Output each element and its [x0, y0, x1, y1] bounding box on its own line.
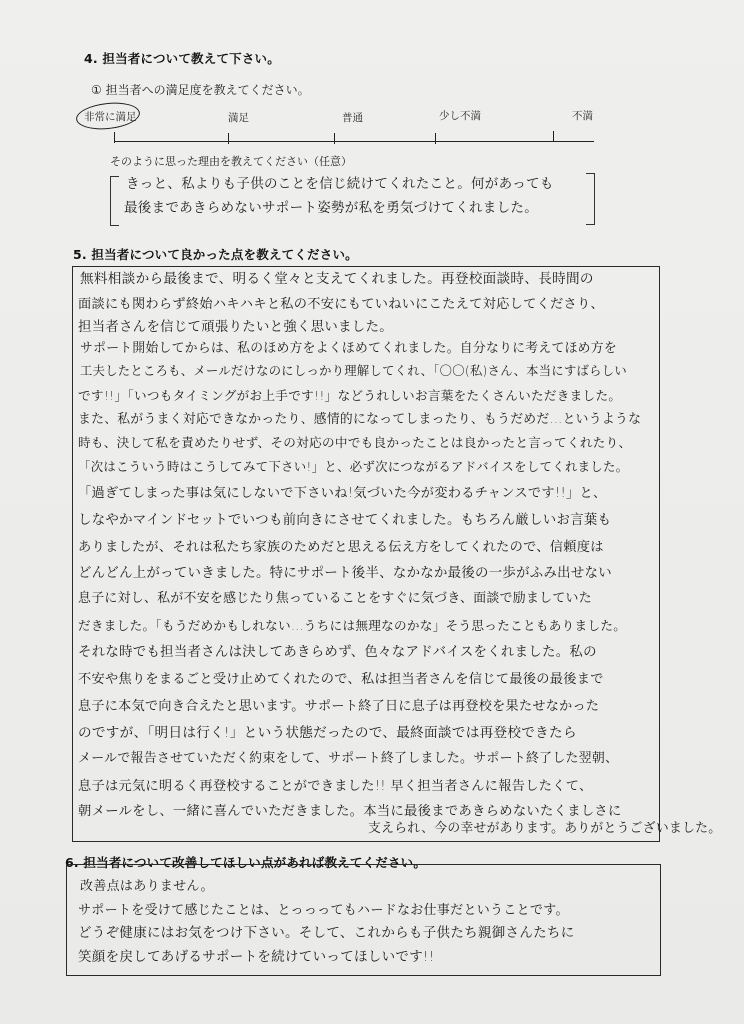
handwritten-line: サポートを受けて感じたことは、とっっってもハードなお仕事だということです。	[78, 904, 569, 917]
handwritten-line: 息子に対し、私が不安を感じたり焦っていることをすぐに気づき、面談で励ましていた	[78, 593, 592, 606]
handwritten-line: どうぞ健康にはお気をつけ下さい。そして、これからも子供たち親御さんたちに	[78, 927, 575, 941]
survey-page: 4. 担当者について教えて下さい。 ① 担当者への満足度を教えてください。 非常…	[0, 0, 744, 1024]
handwritten-line: 笑顔を戻してあげるサポートを続けていってほしいです!!	[78, 951, 434, 965]
handwritten-line: 無料相談から最後まで、明るく堂々と支えてくれました。再登校面談時、長時間の	[80, 273, 594, 287]
scale-tick	[228, 133, 229, 144]
handwritten-line: 「過ぎてしまった事は気にしないで下さいね!気づいた今が変わるチャンスです!!」と…	[78, 487, 607, 500]
handwritten-line: 改善点はありません。	[80, 880, 214, 893]
scale-tick	[435, 133, 436, 144]
handwritten-line: 支えられ、今の幸せがあります。ありがとうございました。	[368, 823, 721, 836]
handwritten-line: 時も、決して私を責めたりせず、その対応の中でも良かったことは良かったと言ってくれ…	[78, 437, 631, 450]
scale-tick	[114, 132, 115, 143]
handwritten-line: 面談にも関わらず終始ハキハキと私の不安にもていねいにこたえて対応してくださり、	[78, 298, 604, 311]
handwritten-line: それな時でも担当者さんは決してあきらめず、色々なアドバイスをくれました。私の	[78, 646, 597, 659]
q4-title: 4. 担当者について教えて下さい。	[84, 49, 280, 67]
handwritten-line: 不安や焦りをまるごと受け止めてくれたので、私は担当者さんを信じて最後の最後まで	[78, 673, 604, 686]
handwritten-line: です!!」「いつもタイミングがお上手です!!」などうれしいお言葉をたくさんいただ…	[78, 390, 621, 403]
q5-title: 5. 担当者について良かった点を教えてください。	[73, 245, 358, 263]
handwritten-line: メールで報告させていただく約束をして、サポート終了しました。サポート終了した翌朝…	[78, 753, 618, 766]
handwritten-line: だきました。「もうだめかもしれない…うちには無理なのかな」そう思ったこともありま…	[78, 620, 626, 633]
handwritten-line: どんどん上がっていきました。特にサポート後半、なかなか最後の一歩がふみ出せない	[78, 567, 612, 580]
handwritten-line: また、私がうまく対応できなかったり、感情的になってしまったり、もうだめだ…という…	[78, 414, 641, 427]
handwritten-line: 息子に本気で向き合えたと思います。サポート終了日に息子は再登校を果たせなかった	[78, 700, 599, 713]
reason-bracket-left	[110, 176, 119, 226]
handwritten-line: 担当者さんを信じて頑張りたいと強く思いました。	[78, 321, 393, 334]
handwritten-line: しなやかマインドセットでいつも前向きにさせてくれました。もちろん厳しいお言葉も	[78, 514, 611, 527]
handwritten-line: 「次はこういう時はこうしてみて下さい!」と、必ず次につながるアドバイスをしてくれ…	[78, 461, 628, 473]
q4-sub-question: ① 担当者への満足度を教えてください。	[91, 81, 310, 98]
handwritten-line: 朝メールをし、一緒に喜んでいただきました。本当に最後まであきらめないたくましさに	[78, 805, 622, 818]
scale-tick	[334, 133, 335, 144]
scale-option-slightly-dissatisfied[interactable]: 少し不満	[439, 108, 481, 123]
handwritten-line: きっと、私よりも子供のことを信じ続けてくれたこと。何があっても	[126, 178, 554, 192]
scale-line	[114, 141, 594, 142]
scale-option-dissatisfied[interactable]: 不満	[572, 108, 593, 123]
handwritten-line: ありましたが、それは私たち家族のためだと思える伝え方をしてくれたので、信頼度は	[78, 541, 604, 554]
handwritten-line: 息子は元気に明るく再登校することができました!! 早く担当者さんに報告したくて、	[78, 780, 592, 793]
handwritten-line: 工夫したところも、メールだけなのにしっかり理解してくれ、「〇〇(私)さん、本当に…	[80, 365, 627, 377]
reason-label: そのように思った理由を教えてください（任意）	[110, 153, 352, 169]
handwritten-line: 最後まであきらめないサポート姿勢が私を勇気づけてくれました。	[124, 202, 538, 216]
handwritten-line: のですが、「明日は行く!」という状態だったので、最終面談では再登校できたら	[78, 727, 577, 741]
handwritten-line: サポート開始してからは、私のほめ方をよくほめてくれました。自分なりに考えてほめ方…	[80, 343, 617, 356]
scale-option-neutral[interactable]: 普通	[342, 110, 363, 125]
selected-circle-mark	[75, 100, 141, 133]
scale-tick	[553, 131, 554, 142]
scale-option-satisfied[interactable]: 満足	[228, 110, 249, 125]
reason-bracket-right	[586, 173, 595, 225]
